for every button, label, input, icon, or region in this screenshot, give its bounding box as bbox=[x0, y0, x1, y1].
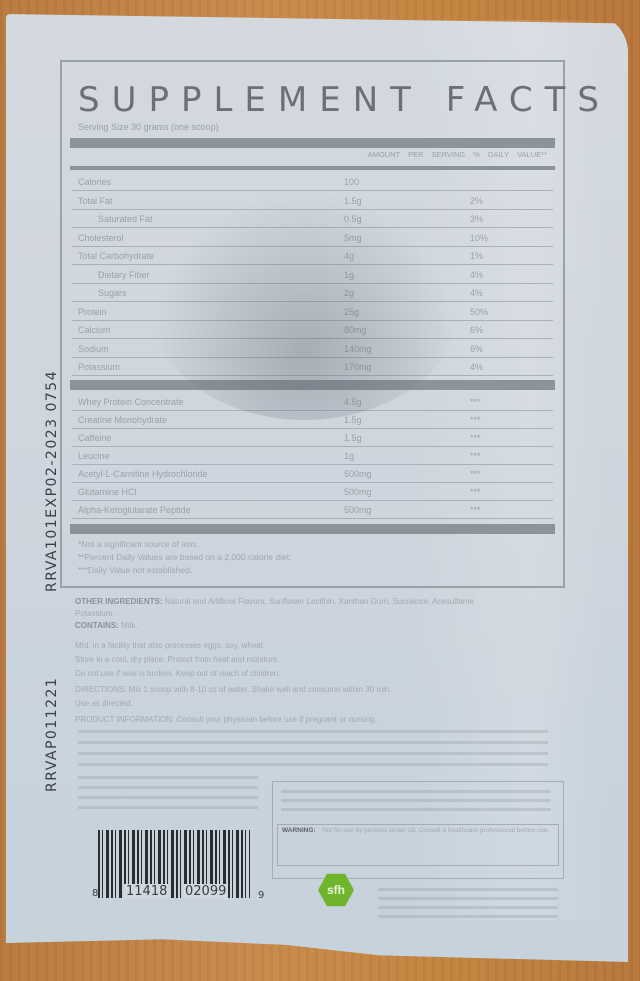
nutrient-amount: 5mg bbox=[344, 233, 362, 243]
blend-daily-value: *** bbox=[470, 397, 481, 407]
nutrient-amount: 170mg bbox=[344, 362, 372, 372]
thick-divider bbox=[70, 138, 555, 148]
lot-expiry-code: RRVA101EXP02-2023 0754 bbox=[44, 370, 60, 592]
blend-row: Leucine1g*** bbox=[72, 448, 553, 465]
contains-text: Milk. bbox=[121, 621, 137, 630]
nutrient-label: Cholesterol bbox=[78, 233, 124, 243]
nutrient-label: Protein bbox=[78, 307, 107, 317]
info-line: Mfd. in a facility that also processes e… bbox=[75, 641, 265, 650]
blend-amount: 500mg bbox=[344, 505, 372, 515]
nutrient-row: Calcium80mg6% bbox=[72, 322, 553, 339]
nutrient-daily-value: 4% bbox=[470, 362, 483, 372]
nutrient-daily-value: 50% bbox=[470, 307, 488, 317]
barcode-digits-1: 11418 bbox=[124, 884, 169, 899]
footnote: *Not a significant source of iron. bbox=[78, 539, 198, 549]
contains-line: CONTAINS: Milk. bbox=[75, 621, 138, 630]
footnote: **Percent Daily Values are based on a 2,… bbox=[78, 552, 291, 562]
logo-caption bbox=[378, 888, 558, 920]
nutrient-row: Dietary Fiber1g4% bbox=[72, 267, 553, 284]
nutrient-label: Calories bbox=[78, 177, 111, 187]
warning-label: WARNING: bbox=[282, 827, 316, 834]
nutrient-label: Total Fat bbox=[78, 196, 113, 206]
blend-label: Alpha-Ketoglutarate Peptide bbox=[78, 505, 191, 515]
nutrient-label: Potassium bbox=[78, 362, 120, 372]
nutrient-daily-value: 1% bbox=[470, 251, 483, 261]
nutrient-amount: 80mg bbox=[344, 325, 367, 335]
nutrient-label: Sugars bbox=[98, 288, 127, 298]
nutrient-row: Calories100 bbox=[72, 174, 553, 191]
warning-text: Not for use by persons under 18. Consult… bbox=[322, 827, 549, 834]
nutrient-amount: 2g bbox=[344, 288, 354, 298]
nutrient-row: Protein25g50% bbox=[72, 304, 553, 321]
blend-daily-value: *** bbox=[470, 415, 481, 425]
footnote: ***Daily Value not established. bbox=[78, 565, 192, 575]
blend-amount: 500mg bbox=[344, 487, 372, 497]
nutrient-daily-value: 4% bbox=[470, 270, 483, 280]
other-ingredients-text: Natural and Artificial Flavors, Sunflowe… bbox=[165, 597, 474, 606]
warning-inner-box: WARNING: Not for use by persons under 18… bbox=[277, 824, 559, 866]
nutrient-label: Dietary Fiber bbox=[98, 270, 150, 280]
nutrient-daily-value: 3% bbox=[470, 214, 483, 224]
nutrient-label: Saturated Fat bbox=[98, 214, 153, 224]
supplement-facts-panel: SUPPLEMENT FACTS Serving Size 30 grams (… bbox=[60, 60, 565, 588]
batch-code: RRVAP011221 bbox=[44, 677, 60, 792]
barcode-digits-2: 02099 bbox=[183, 884, 228, 899]
nutrient-amount: 1.5g bbox=[344, 196, 362, 206]
blend-label: Creatine Monohydrate bbox=[78, 415, 167, 425]
blend-amount: 1.5g bbox=[344, 415, 362, 425]
barcode-right-digit: 9 bbox=[258, 890, 264, 901]
other-ingredients: OTHER INGREDIENTS: Natural and Artificia… bbox=[75, 597, 474, 606]
nutrient-daily-value: 6% bbox=[470, 325, 483, 335]
nutrient-daily-value: 10% bbox=[470, 233, 488, 243]
nutrient-amount: 1g bbox=[344, 270, 354, 280]
nutrient-row: Total Fat1.5g2% bbox=[72, 193, 553, 210]
other-ingredients-cont: Potassium. bbox=[75, 609, 115, 618]
info-line: Use as directed. bbox=[75, 699, 133, 708]
nutrient-amount: 25g bbox=[344, 307, 359, 317]
blend-amount: 1.5g bbox=[344, 433, 362, 443]
section-divider bbox=[70, 380, 555, 390]
warning-intro-text bbox=[281, 790, 551, 816]
blend-label: Whey Protein Concentrate bbox=[78, 397, 184, 407]
nutrient-amount: 4g bbox=[344, 251, 354, 261]
contains-heading: CONTAINS: bbox=[75, 621, 119, 630]
header-divider bbox=[70, 166, 555, 170]
nutrient-daily-value: 2% bbox=[470, 196, 483, 206]
blend-label: Acetyl-L-Carnitine Hydrochloride bbox=[78, 469, 208, 479]
nutrient-label: Total Carbohydrate bbox=[78, 251, 154, 261]
nutrient-row: Sodium140mg6% bbox=[72, 341, 553, 358]
blend-row: Caffeine1.5g*** bbox=[72, 430, 553, 447]
blend-daily-value: *** bbox=[470, 469, 481, 479]
blend-daily-value: *** bbox=[470, 451, 481, 461]
product-info-line: PRODUCT INFORMATION: Consult your physic… bbox=[75, 715, 377, 724]
blend-row: Acetyl-L-Carnitine Hydrochloride500mg*** bbox=[72, 466, 553, 483]
nutrient-row: Total Carbohydrate4g1% bbox=[72, 248, 553, 265]
blend-amount: 4.5g bbox=[344, 397, 362, 407]
nutrient-row: Potassium170mg4% bbox=[72, 359, 553, 376]
nutrient-label: Calcium bbox=[78, 325, 111, 335]
nutrient-row: Sugars2g4% bbox=[72, 285, 553, 302]
blend-daily-value: *** bbox=[470, 487, 481, 497]
other-ingredients-heading: OTHER INGREDIENTS: bbox=[75, 597, 163, 606]
directions-line: DIRECTIONS: Mix 1 scoop with 8-10 oz of … bbox=[75, 685, 392, 694]
blend-row: Whey Protein Concentrate4.5g*** bbox=[72, 394, 553, 411]
panel-title: SUPPLEMENT FACTS bbox=[78, 80, 611, 120]
serving-size: Serving Size 30 grams (one scoop) bbox=[78, 122, 219, 132]
nutrient-row: Saturated Fat0.5g3% bbox=[72, 211, 553, 228]
barcode-left-digit: 8 bbox=[92, 888, 98, 899]
blend-row: Glutamine HCl500mg*** bbox=[72, 484, 553, 501]
blend-amount: 500mg bbox=[344, 469, 372, 479]
nutrient-amount: 0.5g bbox=[344, 214, 362, 224]
manufacturer-address bbox=[78, 776, 258, 810]
blend-label: Glutamine HCl bbox=[78, 487, 137, 497]
nutrient-amount: 100 bbox=[344, 177, 359, 187]
blend-label: Caffeine bbox=[78, 433, 111, 443]
nutrient-label: Sodium bbox=[78, 344, 109, 354]
blend-row: Alpha-Ketoglutarate Peptide500mg*** bbox=[72, 502, 553, 519]
footer-divider bbox=[70, 524, 555, 534]
fine-print-block bbox=[78, 730, 548, 774]
info-line: Do not use if seal is broken. Keep out o… bbox=[75, 669, 280, 678]
blend-daily-value: *** bbox=[470, 433, 481, 443]
nutrient-daily-value: 4% bbox=[470, 288, 483, 298]
info-line: Store in a cool, dry place. Protect from… bbox=[75, 655, 280, 664]
blend-row: Creatine Monohydrate1.5g*** bbox=[72, 412, 553, 429]
blend-daily-value: *** bbox=[470, 505, 481, 515]
nutrient-amount: 140mg bbox=[344, 344, 372, 354]
blend-amount: 1g bbox=[344, 451, 354, 461]
column-headers: AMOUNT PER SERVING % DAILY VALUE** bbox=[368, 150, 547, 159]
nutrient-daily-value: 6% bbox=[470, 344, 483, 354]
blend-label: Leucine bbox=[78, 451, 110, 461]
warning-box: WARNING: Not for use by persons under 18… bbox=[272, 781, 564, 879]
nutrient-row: Cholesterol5mg10% bbox=[72, 230, 553, 247]
